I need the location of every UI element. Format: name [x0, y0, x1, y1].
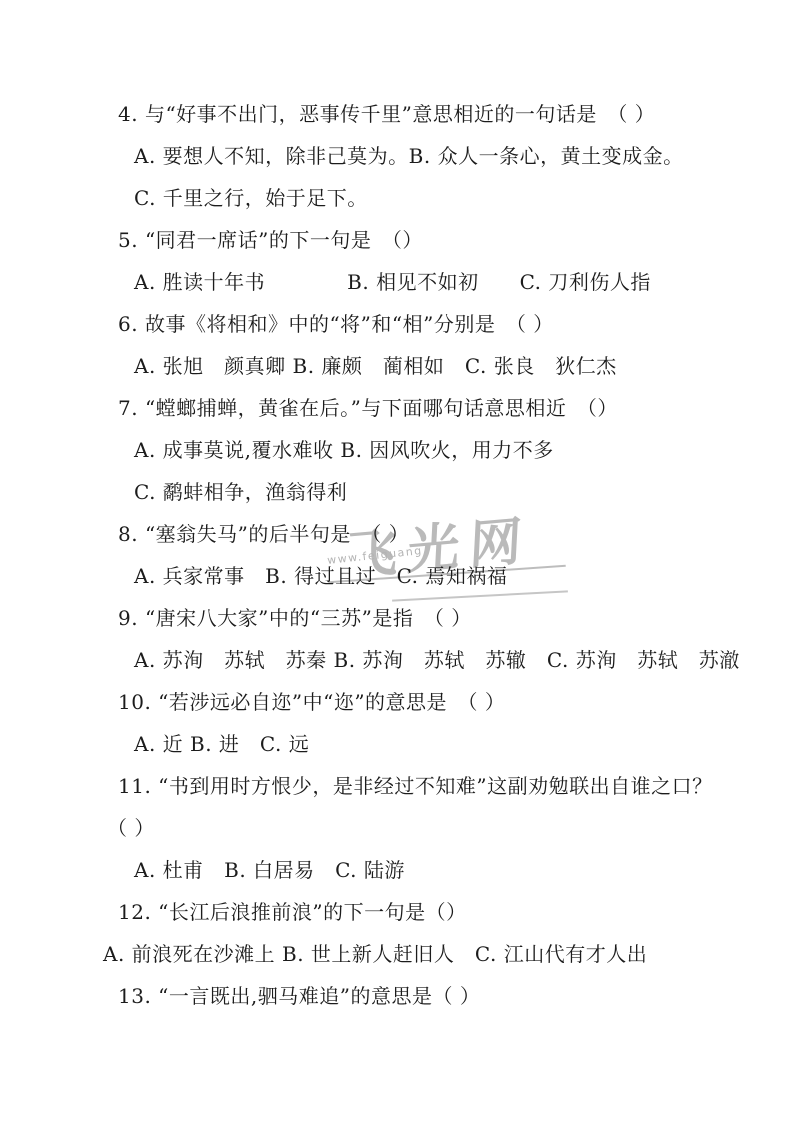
option-line: C. 鹬蚌相争，渔翁得利 — [103, 479, 763, 521]
question-line: 6. 故事《将相和》中的“将”和“相”分别是 （ ） — [103, 311, 763, 353]
option-line: A. 苏洵 苏轼 苏秦 B. 苏洵 苏轼 苏辙 C. 苏洵 苏轼 苏澈 — [103, 647, 763, 689]
question-line: 12. “长江后浪推前浪”的下一句是（） — [103, 899, 763, 941]
option-line: C. 千里之行，始于足下。 — [103, 185, 763, 227]
question-line: 8. “塞翁失马”的后半句是 （ ） — [103, 521, 763, 563]
question-line: 7. “螳螂捕蝉，黄雀在后。”与下面哪句话意思相近 （） — [103, 395, 763, 437]
option-line: A. 要想人不知，除非己莫为。B. 众人一条心，黄土变成金。 — [103, 143, 763, 185]
option-line: A. 兵家常事 B. 得过且过 C. 焉知祸福 — [103, 563, 763, 605]
question-line: 4. 与“好事不出门，恶事传千里”意思相近的一句话是 （ ） — [103, 101, 763, 143]
question-line: 5. “同君一席话”的下一句是 （） — [103, 227, 763, 269]
option-line: A. 张旭 颜真卿 B. 廉颇 蔺相如 C. 张良 狄仁杰 — [103, 353, 763, 395]
question-line: 11. “书到用时方恨少，是非经过不知难”这副劝勉联出自谁之口？ — [103, 773, 763, 815]
question-line: 13. “一言既出,驷马难追”的意思是（ ） — [103, 983, 763, 1025]
option-line: A. 杜甫 B. 白居易 C. 陆游 — [103, 857, 763, 899]
option-line: A. 前浪死在沙滩上 B. 世上新人赶旧人 C. 江山代有才人出 — [103, 941, 763, 983]
option-line: A. 近 B. 进 C. 远 — [103, 731, 763, 773]
option-line: A. 胜读十年书 B. 相见不如初 C. 刀利伤人指 — [103, 269, 763, 311]
document-page: 飞光网 www.feiguang 4. 与“好事不出门，恶事传千里”意思相近的一… — [0, 0, 793, 1122]
question-line: 9. “唐宋八大家”中的“三苏”是指 （ ） — [103, 605, 763, 647]
question-line: 10. “若涉远必自迩”中“迩”的意思是 （ ） — [103, 689, 763, 731]
option-line: A. 成事莫说,覆水难收 B. 因风吹火，用力不多 — [103, 437, 763, 479]
answer-paren-line: （ ） — [103, 815, 763, 857]
question-list: 4. 与“好事不出门，恶事传千里”意思相近的一句话是 （ ）A. 要想人不知，除… — [103, 101, 763, 1025]
